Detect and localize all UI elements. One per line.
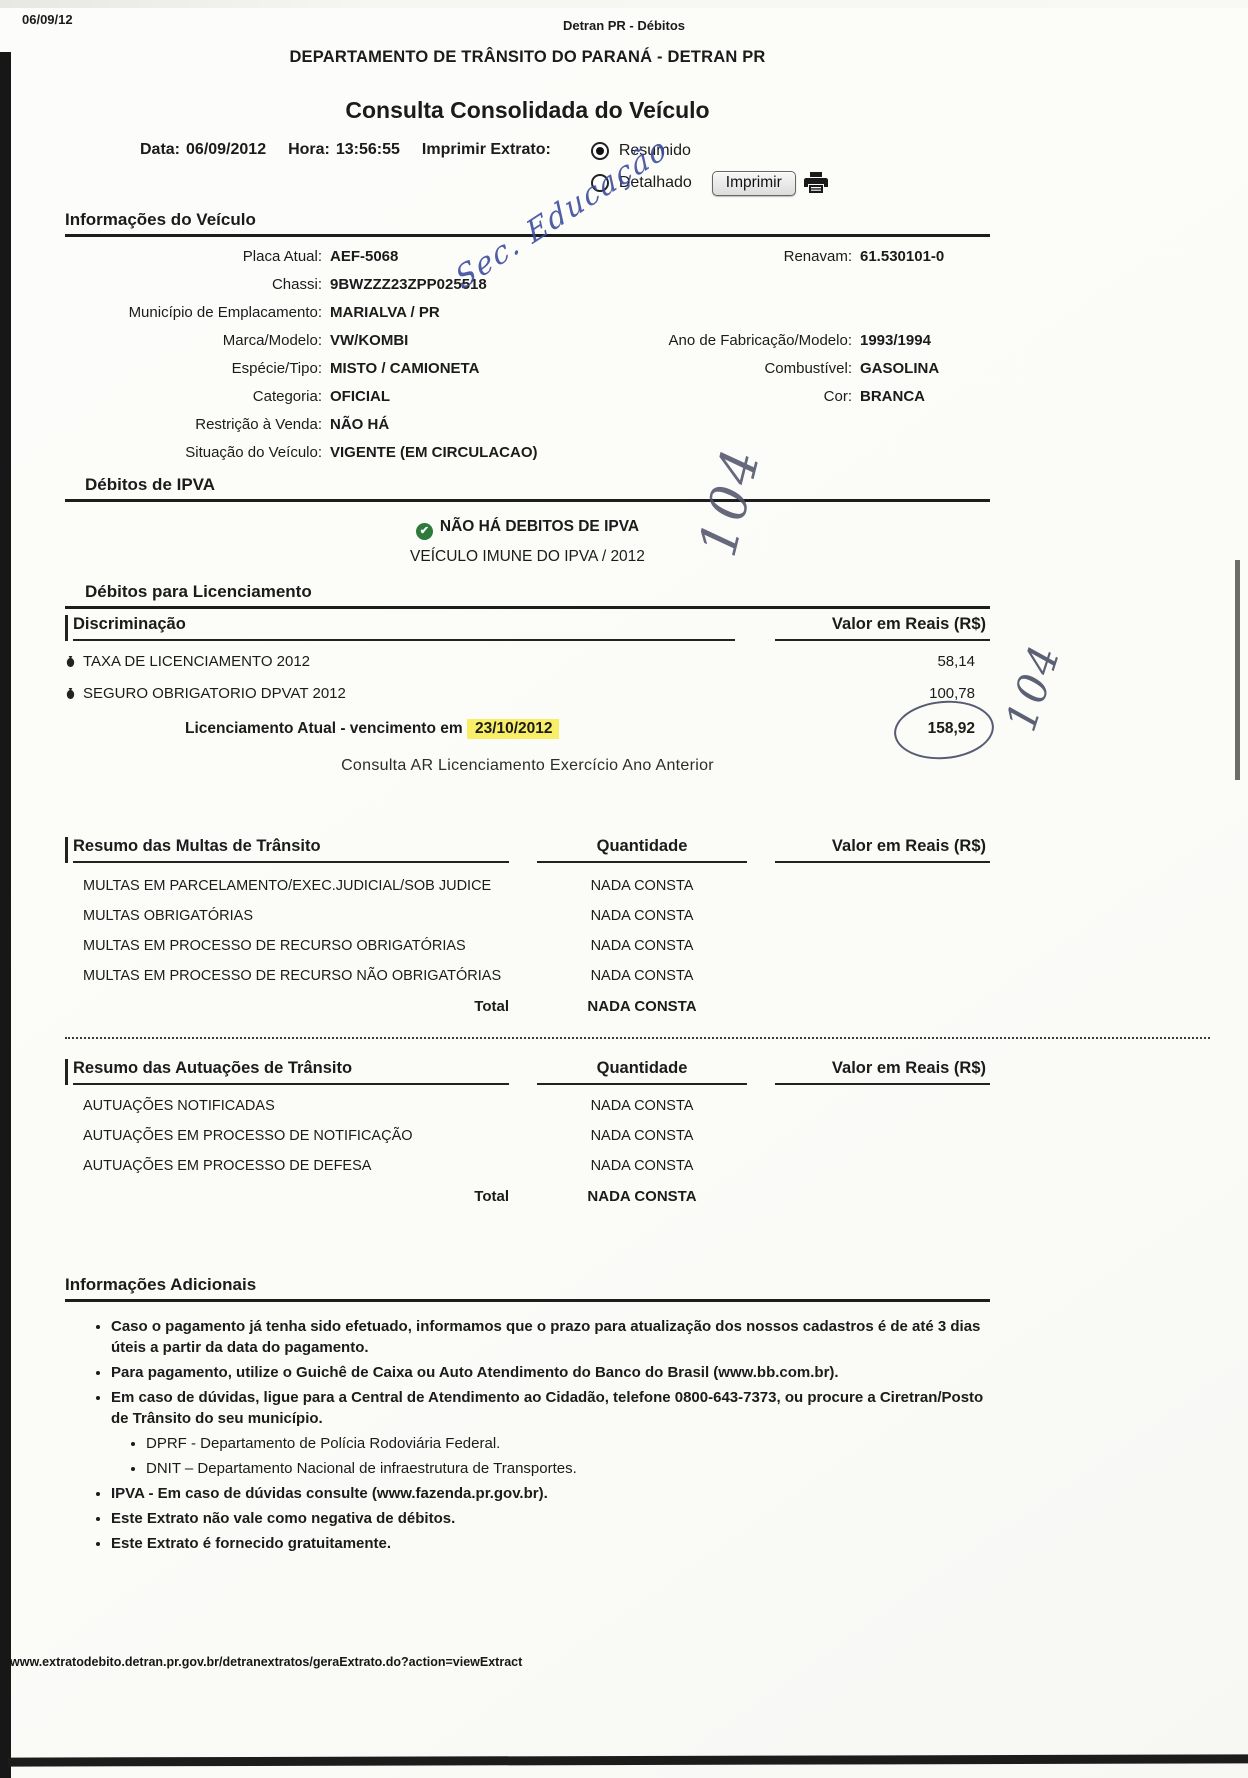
dotted-separator — [65, 1037, 1210, 1039]
field-value: 61.530101-0 — [860, 243, 990, 271]
field-label: Categoria: — [65, 383, 330, 411]
row-label: MULTAS EM PARCELAMENTO/EXEC.JUDICIAL/SOB… — [65, 871, 509, 901]
additional-info-list: Caso o pagamento já tenha sido efetuado,… — [65, 1316, 990, 1554]
page-title: Consulta Consolidada do Veículo — [65, 97, 990, 124]
scanned-document-page: 06/09/12 Detran PR - Débitos DEPARTAMENT… — [0, 0, 1248, 1778]
printer-icon[interactable] — [804, 172, 828, 194]
row-valor — [775, 901, 990, 931]
field-label — [660, 299, 860, 327]
field-value — [860, 411, 990, 439]
data-value: 06/09/2012 — [186, 141, 266, 158]
debit-value: 58,14 — [775, 647, 990, 677]
column-header-valor: Valor em Reais (R$) — [775, 1059, 990, 1085]
row-valor — [775, 961, 990, 991]
field-label: Situação do Veículo: — [65, 439, 330, 467]
scan-edge-left — [0, 52, 11, 1778]
print-footer-url: www.extratodebito.detran.pr.gov.br/detra… — [10, 1655, 522, 1669]
field-value: NÃO HÁ — [330, 411, 660, 439]
table-row: AUTUAÇÕES EM PROCESSO DE DEFESA NADA CON… — [65, 1151, 990, 1181]
row-label: AUTUAÇÕES EM PROCESSO DE DEFESA — [65, 1151, 509, 1181]
column-header-quantidade: Quantidade — [537, 1059, 747, 1085]
ipva-status-text: NÃO HÁ DEBITOS DE IPVA — [440, 518, 639, 535]
money-bag-icon — [65, 687, 76, 700]
radio-option-resumido[interactable]: Resumido — [591, 138, 828, 164]
table-row: AUTUAÇÕES EM PROCESSO DE NOTIFICAÇÃO NAD… — [65, 1121, 990, 1151]
ipva-status-line: ✔NÃO HÁ DEBITOS DE IPVA — [65, 516, 990, 540]
field-value — [860, 439, 990, 467]
section-title-vehicle-info: Informações do Veículo — [65, 210, 990, 237]
list-item: Para pagamento, utilize o Guichê de Caix… — [111, 1362, 990, 1383]
field-label — [660, 439, 860, 467]
table-row: MULTAS EM PROCESSO DE RECURSO NÃO OBRIGA… — [65, 961, 990, 991]
due-date-highlighted: 23/10/2012 — [467, 719, 559, 739]
autuacoes-table-header: Resumo das Autuações de Trânsito Quantid… — [65, 1059, 990, 1085]
field-value: VIGENTE (EM CIRCULACAO) — [330, 439, 660, 467]
debit-label-cell: TAXA DE LICENCIAMENTO 2012 — [65, 647, 735, 677]
check-circle-icon: ✔ — [416, 523, 433, 540]
row-quantidade: NADA CONSTA — [537, 901, 747, 931]
field-value: MISTO / CAMIONETA — [330, 355, 660, 383]
column-header-valor: Valor em Reais (R$) — [775, 837, 990, 863]
consulta-ar-link[interactable]: Consulta AR Licenciamento Exercício Ano … — [65, 757, 990, 775]
field-value: 9BWZZZ23ZPP025518 — [330, 271, 660, 299]
imprimir-extrato-label: Imprimir Extrato: — [422, 141, 551, 158]
meta-row: Data:06/09/2012Hora:13:56:55Imprimir Ext… — [140, 138, 990, 202]
list-item: Caso o pagamento já tenha sido efetuado,… — [111, 1316, 990, 1358]
licenciamento-total-row: Licenciamento Atual - vencimento em 23/1… — [65, 713, 990, 745]
multas-table-header: Resumo das Multas de Trânsito Quantidade… — [65, 837, 990, 863]
total-label: Total — [65, 991, 509, 1023]
field-label: Cor: — [660, 383, 860, 411]
row-valor — [775, 931, 990, 961]
section-multas: Resumo das Multas de Trânsito Quantidade… — [65, 837, 990, 1039]
radio-unselected-icon[interactable] — [591, 174, 609, 192]
handwriting-pen-mark: 104 — [996, 637, 1070, 737]
total-label-cell: Licenciamento Atual - vencimento em 23/1… — [65, 713, 735, 745]
section-title-ipva: Débitos de IPVA — [65, 475, 990, 502]
debit-label: TAXA DE LICENCIAMENTO 2012 — [83, 653, 310, 670]
print-mode-radio-group: Resumido Detalhado Imprimir — [591, 138, 828, 202]
radio-detalhado-label: Detalhado — [619, 174, 692, 192]
table-row: MULTAS OBRIGATÓRIAS NADA CONSTA — [65, 901, 990, 931]
total-value: NADA CONSTA — [537, 1181, 747, 1213]
field-label: Placa Atual: — [65, 243, 330, 271]
field-value: AEF-5068 — [330, 243, 660, 271]
table-row: TAXA DE LICENCIAMENTO 2012 58,14 — [65, 647, 990, 677]
list-item: DPRF - Departamento de Polícia Rodoviári… — [146, 1433, 990, 1454]
field-label: Ano de Fabricação/Modelo: — [660, 327, 860, 355]
document-content: DEPARTAMENTO DE TRÂNSITO DO PARANÁ - DET… — [65, 0, 990, 1558]
field-label: Renavam: — [660, 243, 860, 271]
column-header-quantidade: Quantidade — [537, 837, 747, 863]
field-label — [660, 411, 860, 439]
table-row: SEGURO OBRIGATORIO DPVAT 2012 100,78 — [65, 679, 990, 709]
section-licenciamento: Débitos para Licenciamento Discriminação… — [65, 582, 990, 775]
field-label: Combustível: — [660, 355, 860, 383]
column-header-autuacoes: Resumo das Autuações de Trânsito — [73, 1059, 509, 1085]
table-row: MULTAS EM PROCESSO DE RECURSO OBRIGATÓRI… — [65, 931, 990, 961]
section-autuacoes: Resumo das Autuações de Trânsito Quantid… — [65, 1059, 990, 1213]
vehicle-info-grid: Placa Atual: AEF-5068 Renavam: 61.530101… — [65, 243, 990, 467]
field-label: Município de Emplacamento: — [65, 299, 330, 327]
total-label: Total — [65, 1181, 509, 1213]
field-value: GASOLINA — [860, 355, 990, 383]
section-title-licenciamento: Débitos para Licenciamento — [65, 582, 990, 609]
field-value — [860, 271, 990, 299]
row-valor — [775, 1121, 990, 1151]
radio-option-detalhado[interactable]: Detalhado Imprimir — [591, 170, 828, 196]
autuacoes-total-row: Total NADA CONSTA — [65, 1181, 990, 1213]
list-item: Este Extrato é fornecido gratuitamente. — [111, 1533, 990, 1554]
money-bag-icon — [65, 655, 76, 668]
list-item: Este Extrato não vale como negativa de d… — [111, 1508, 990, 1529]
row-quantidade: NADA CONSTA — [537, 1151, 747, 1181]
imprimir-button[interactable]: Imprimir — [712, 171, 796, 196]
section-adicionais: Informações Adicionais Caso o pagamento … — [65, 1275, 990, 1554]
row-label: MULTAS EM PROCESSO DE RECURSO NÃO OBRIGA… — [65, 961, 509, 991]
row-quantidade: NADA CONSTA — [537, 961, 747, 991]
radio-resumido-label: Resumido — [619, 142, 691, 160]
field-label: Espécie/Tipo: — [65, 355, 330, 383]
row-valor — [775, 871, 990, 901]
hora-value: 13:56:55 — [336, 141, 400, 158]
column-header-multas: Resumo das Multas de Trânsito — [73, 837, 509, 863]
scan-edge-bottom — [8, 1754, 1248, 1766]
field-label — [660, 271, 860, 299]
field-label: Marca/Modelo: — [65, 327, 330, 355]
field-label: Chassi: — [65, 271, 330, 299]
licenciamento-table-header: Discriminação Valor em Reais (R$) — [65, 615, 990, 641]
field-value: MARIALVA / PR — [330, 299, 660, 327]
row-quantidade: NADA CONSTA — [537, 931, 747, 961]
total-label: Licenciamento Atual - vencimento em — [185, 720, 463, 737]
row-quantidade: NADA CONSTA — [537, 1121, 747, 1151]
row-label: AUTUAÇÕES NOTIFICADAS — [65, 1091, 509, 1121]
total-value: NADA CONSTA — [537, 991, 747, 1023]
row-quantidade: NADA CONSTA — [537, 871, 747, 901]
row-valor — [775, 1151, 990, 1181]
hora-label: Hora: — [288, 141, 330, 158]
table-row: AUTUAÇÕES NOTIFICADAS NADA CONSTA — [65, 1091, 990, 1121]
field-label: Restrição à Venda: — [65, 411, 330, 439]
debit-label: SEGURO OBRIGATORIO DPVAT 2012 — [83, 685, 346, 702]
total-value-cell: 158,92 — [775, 713, 990, 745]
field-value: VW/KOMBI — [330, 327, 660, 355]
list-item: IPVA - Em caso de dúvidas consulte (www.… — [111, 1483, 990, 1504]
row-label: MULTAS EM PROCESSO DE RECURSO OBRIGATÓRI… — [65, 931, 509, 961]
field-value: OFICIAL — [330, 383, 660, 411]
list-item: DNIT – Departamento Nacional de infraest… — [146, 1458, 990, 1479]
radio-selected-icon[interactable] — [591, 142, 609, 160]
debit-label-cell: SEGURO OBRIGATORIO DPVAT 2012 — [65, 679, 735, 709]
column-header-discriminacao: Discriminação — [73, 615, 735, 641]
list-item: Em caso de dúvidas, ligue para a Central… — [111, 1387, 990, 1429]
section-title-adicionais: Informações Adicionais — [65, 1275, 990, 1302]
field-value: 1993/1994 — [860, 327, 990, 355]
column-header-valor: Valor em Reais (R$) — [775, 615, 990, 641]
department-title: DEPARTAMENTO DE TRÂNSITO DO PARANÁ - DET… — [65, 48, 990, 67]
row-label: AUTUAÇÕES EM PROCESSO DE NOTIFICAÇÃO — [65, 1121, 509, 1151]
row-label: MULTAS OBRIGATÓRIAS — [65, 901, 509, 931]
multas-total-row: Total NADA CONSTA — [65, 991, 990, 1023]
data-label: Data: — [140, 141, 180, 158]
scan-edge-right — [1235, 560, 1240, 780]
section-ipva: Débitos de IPVA ✔NÃO HÁ DEBITOS DE IPVA … — [65, 475, 990, 568]
table-row: MULTAS EM PARCELAMENTO/EXEC.JUDICIAL/SOB… — [65, 871, 990, 901]
ipva-note: VEÍCULO IMUNE DO IPVA / 2012 — [65, 546, 990, 568]
row-valor — [775, 1091, 990, 1121]
field-value: BRANCA — [860, 383, 990, 411]
row-quantidade: NADA CONSTA — [537, 1091, 747, 1121]
field-value — [860, 299, 990, 327]
meta-labels: Data:06/09/2012Hora:13:56:55Imprimir Ext… — [140, 138, 557, 159]
